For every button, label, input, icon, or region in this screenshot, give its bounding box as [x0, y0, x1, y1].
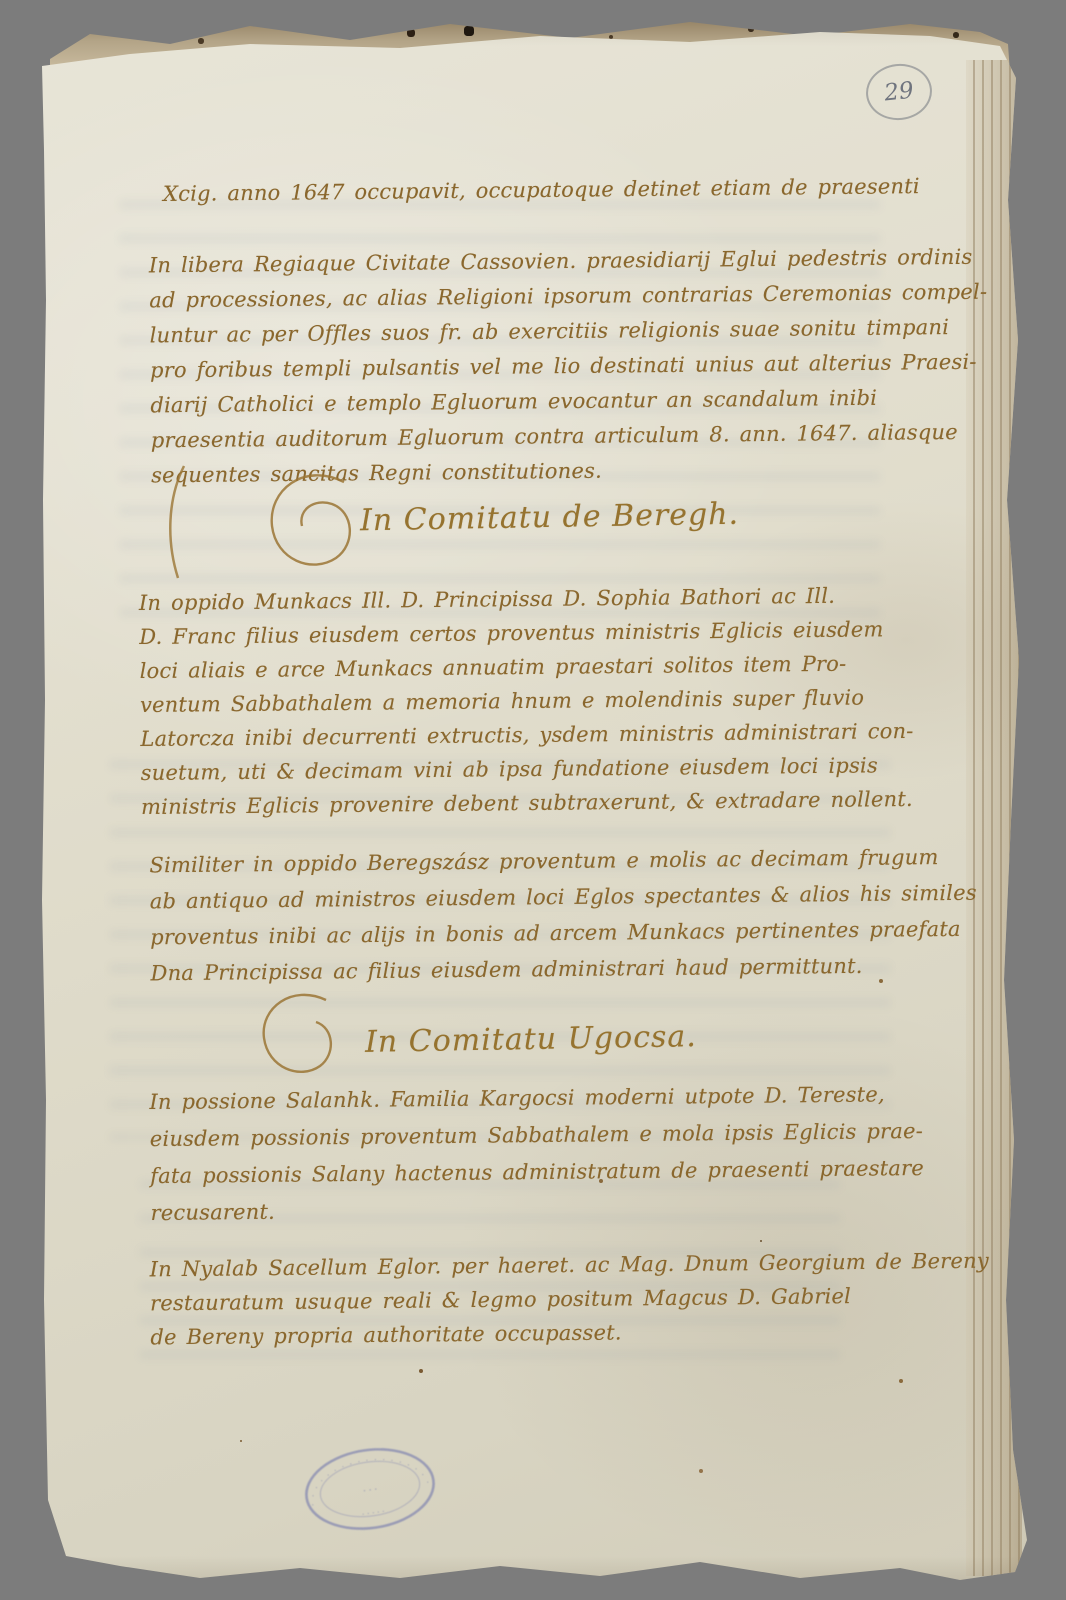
swash-stroke	[162, 462, 196, 582]
manuscript-line: Xcig. anno 1647 occupavit, occupatoque d…	[163, 174, 920, 206]
flourish-initial	[252, 988, 347, 1083]
manuscript-line: recusarent.	[150, 1187, 924, 1232]
opening-paragraph: In libera Regiaque Civitate Cassovien. p…	[149, 240, 989, 494]
manuscript-line: Dna Principissa ac filius eiusdem admini…	[150, 947, 977, 992]
manuscript-page: 29 Xcig. anno 1647 occupavit, occupatoqu…	[0, 0, 1066, 1600]
manuscript-photo: 29 Xcig. anno 1647 occupavit, occupatoqu…	[0, 0, 1066, 1600]
page-number: 29	[883, 78, 915, 107]
section1-paragraph1: In oppido Munkacs Ill. D. Principissa D.…	[139, 578, 915, 824]
paper-specks	[0, 0, 2, 2]
stamp-center-text: · · ·	[362, 1485, 378, 1497]
torn-edge-specks	[50, 14, 52, 16]
section-heading: In Comitatu Ugocsa.	[365, 1019, 697, 1060]
section1-paragraph2: Similiter in oppido Beregszász proventum…	[149, 839, 977, 992]
archive-stamp: · · · · · · · · · · · · · · · · · · · · …	[295, 1437, 446, 1542]
flourish-initial	[258, 468, 368, 578]
intro-line: Xcig. anno 1647 occupavit, occupatoque d…	[163, 174, 920, 206]
section2-paragraph2: In Nyalab Sacellum Eglor. per haeret. ac…	[149, 1244, 989, 1355]
manuscript-line: ministris Eglicis provenire debent subtr…	[141, 782, 915, 824]
section-heading: In Comitatu de Beregh.	[360, 497, 740, 539]
stamp-bottom-text: · · · · ·	[361, 1507, 385, 1519]
section2-paragraph1: In possione Salanhk. Familia Kargocsi mo…	[149, 1076, 924, 1232]
page-number-circle: 29	[863, 61, 934, 124]
